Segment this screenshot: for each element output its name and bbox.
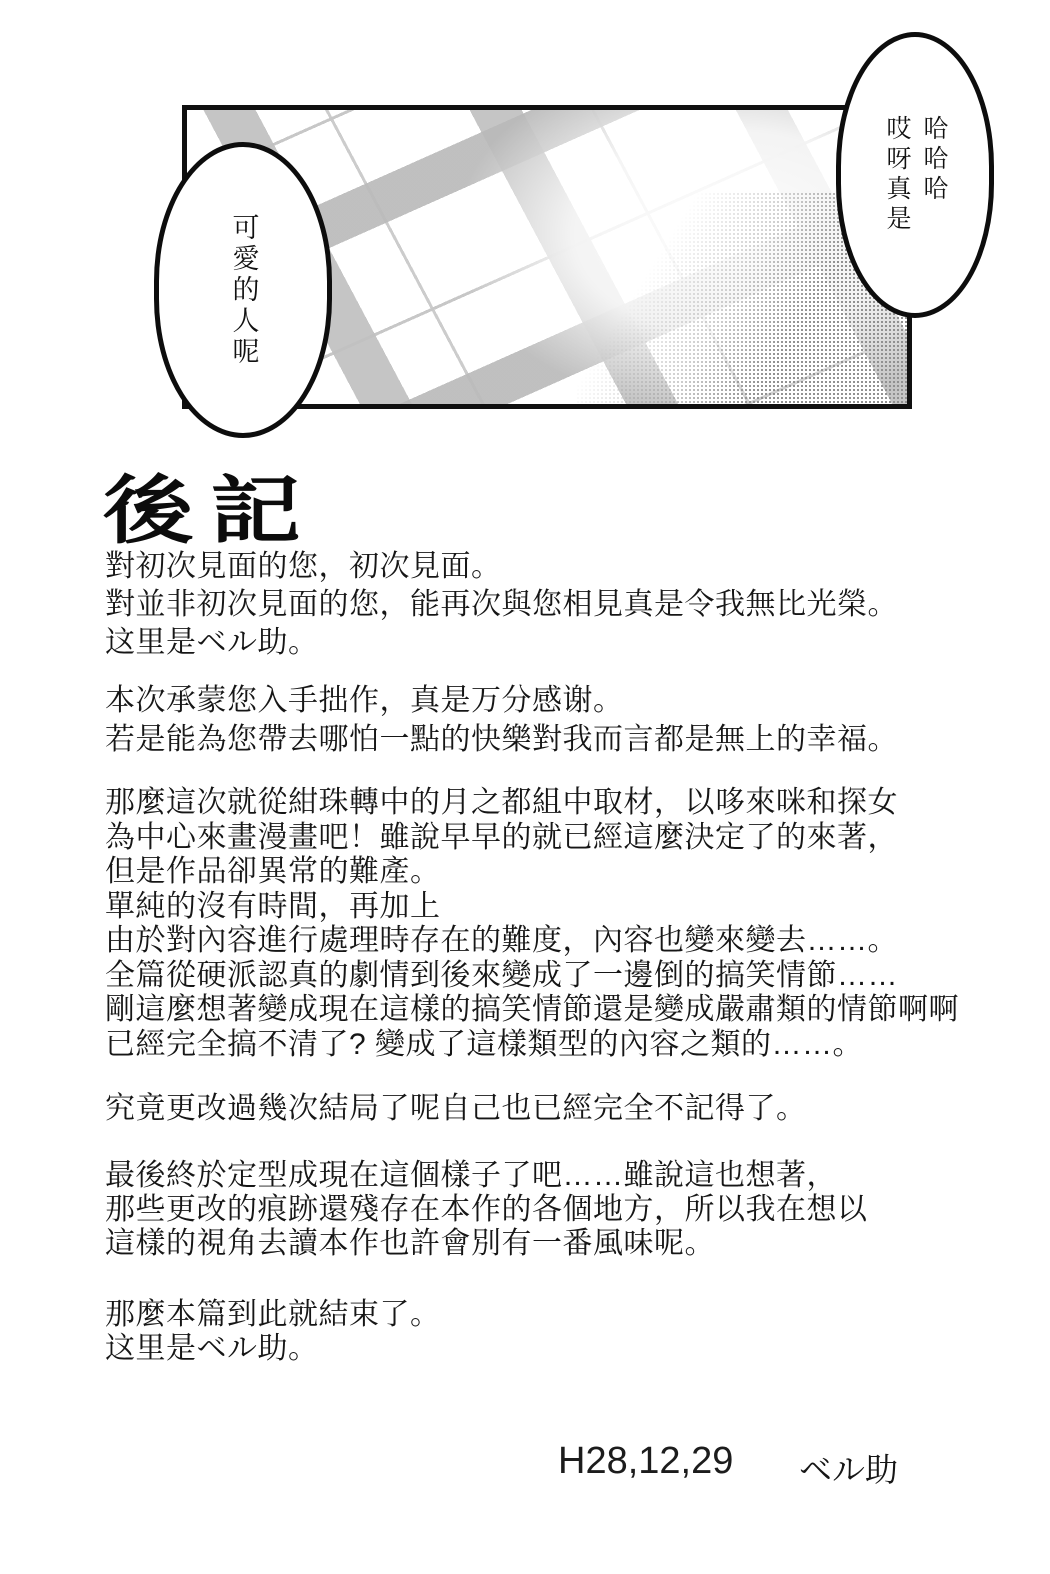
afterword-title: 後記: [103, 452, 318, 558]
afterword-line: 那麼本篇到此就結束了。: [105, 1298, 441, 1332]
afterword-line: 剛這麼想著變成現在這樣的搞笑情節還是變成嚴肅類的情節啊啊: [105, 993, 959, 1028]
paragraph-production-story: 那麼這次就從紺珠轉中的月之都組中取材，以哆來咪和探女 為中心來畫漫畫吧！雖說早早…: [105, 786, 959, 1062]
afterword-line: 已經完全搞不清了? 變成了這樣類型的內容之類的……。: [105, 1028, 959, 1063]
afterword-line: 这里是ベル助。: [105, 624, 898, 662]
afterword-line: 那些更改的痕跡還殘存在本作的各個地方，所以我在想以: [105, 1193, 868, 1227]
afterword-line: 这里是ベル助。: [105, 1332, 441, 1366]
manga-afterword-page: 哈哈哈哎呀真是 可愛的人呢 後記 對初次見面的您，初次見面。 對並非初次見面的您…: [0, 0, 1050, 1574]
speech-line: 哎呀真是: [878, 115, 915, 235]
speech-line: 哈哈哈: [915, 115, 952, 235]
paragraph-thanks: 本次承蒙您入手拙作，真是万分感谢。 若是能為您帶去哪怕一點的快樂對我而言都是無上…: [105, 681, 898, 759]
afterword-line: 本次承蒙您入手拙作，真是万分感谢。: [105, 681, 898, 720]
afterword-line: 對初次見面的您，初次見面。: [105, 548, 898, 586]
afterword-line: 但是作品卻異常的難產。: [105, 855, 959, 890]
speech-bubble-right: 哈哈哈哎呀真是: [836, 32, 994, 318]
author-signature: ベル助: [799, 1444, 898, 1491]
paragraph-ending-changes: 究竟更改過幾次結局了呢自己也已經完全不記得了。: [105, 1091, 807, 1127]
paragraph-closing: 那麼本篇到此就結束了。 这里是ベル助。: [105, 1298, 441, 1366]
speech-bubble-right-text: 哈哈哈哎呀真是: [878, 115, 952, 235]
speech-bubble-left-text: 可愛的人呢: [225, 213, 262, 368]
afterword-line: 全篇從硬派認真的劇情到後來變成了一邊倒的搞笑情節……: [105, 959, 959, 994]
afterword-line: 為中心來畫漫畫吧！雖說早早的就已經這麼決定了的來著，: [105, 821, 959, 856]
afterword-line: 若是能為您帶去哪怕一點的快樂對我而言都是無上的幸福。: [105, 720, 898, 759]
paragraph-final-form: 最後終於定型成現在這個樣子了吧……雖說這也想著， 那些更改的痕跡還殘存在本作的各…: [105, 1159, 868, 1261]
afterword-line: 由於對內容進行處理時存在的難度，內容也變來變去……。: [105, 924, 959, 959]
speech-bubble-left: 可愛的人呢: [154, 142, 332, 438]
afterword-line: 究竟更改過幾次結局了呢自己也已經完全不記得了。: [105, 1091, 807, 1127]
speech-line: 可愛的人呢: [225, 213, 262, 368]
afterword-line: 最後終於定型成現在這個樣子了吧……雖說這也想著，: [105, 1159, 868, 1193]
date-text: H28,12,29: [558, 1440, 733, 1483]
afterword-line: 對並非初次見面的您，能再次與您相見真是令我無比光榮。: [105, 586, 898, 624]
afterword-line: 這樣的視角去讀本作也許會別有一番風味呢。: [105, 1227, 868, 1261]
paragraph-greeting: 對初次見面的您，初次見面。 對並非初次見面的您，能再次與您相見真是令我無比光榮。…: [105, 548, 898, 662]
afterword-line: 單純的沒有時間，再加上: [105, 890, 959, 925]
afterword-line: 那麼這次就從紺珠轉中的月之都組中取材，以哆來咪和探女: [105, 786, 959, 821]
